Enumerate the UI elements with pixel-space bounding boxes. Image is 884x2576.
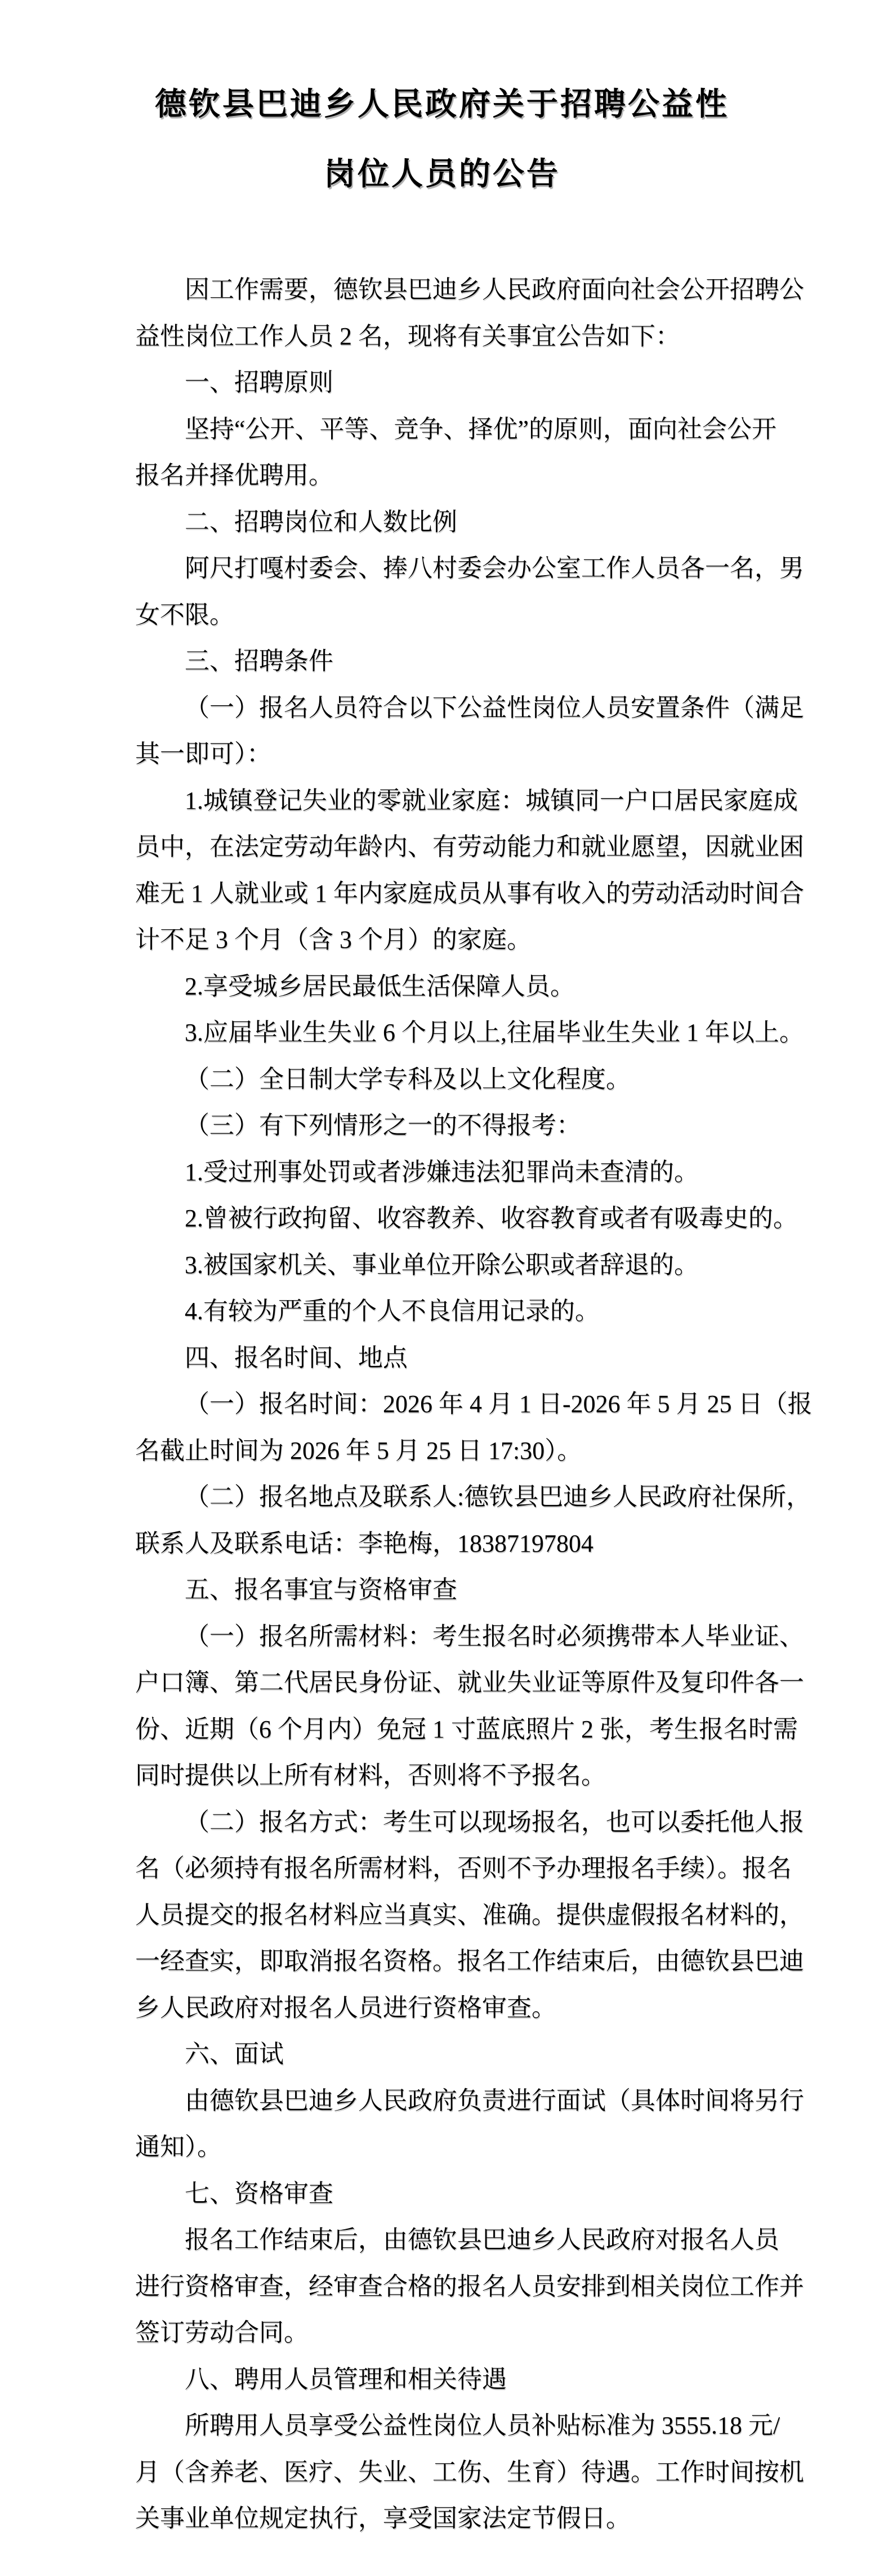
body-text-line: 益性岗位工作人员 2 名，现将有关事宜公告如下：	[135, 313, 777, 360]
body-text-line: （二）全日制大学专科及以上文化程度。	[135, 1056, 777, 1103]
body-text-line: 因工作需要，德钦县巴迪乡人民政府面向社会公开招聘公	[135, 267, 777, 313]
body-text-line: 名截止时间为 2026 年 5 月 25 日 17:30）。	[135, 1428, 777, 1475]
body-text-line: 进行资格审查，经审查合格的报名人员安排到相关岗位工作并	[135, 2264, 777, 2310]
body-text-line: 四、报名时间、地点	[135, 1335, 777, 1382]
body-text-line: 4.有较为严重的个人不良信用记录的。	[135, 1288, 777, 1335]
body-text-line: 二、招聘岗位和人数比例	[135, 499, 777, 546]
body-text-line: 户口簿、第二代居民身份证、就业失业证等原件及复印件各一	[135, 1660, 777, 1706]
body-text-line: 报名并择优聘用。	[135, 453, 777, 499]
body-text-line: 同时提供以上所有材料，否则将不予报名。	[135, 1753, 777, 1799]
body-text-line: 七、资格审查	[135, 2171, 777, 2217]
body-text-line: 阿尺打嘎村委会、捧八村委会办公室工作人员各一名，男	[135, 545, 777, 592]
body-text-line: 通知）。	[135, 2124, 777, 2171]
body-text-line: 所聘用人员享受公益性岗位人员补贴标准为 3555.18 元/	[135, 2403, 777, 2449]
body-text-line: 员中，在法定劳动年龄内、有劳动能力和就业愿望，因就业困	[135, 824, 777, 871]
body-text-line: 人员提交的报名材料应当真实、准确。提供虚假报名材料的，	[135, 1892, 777, 1939]
body-text-line: 2.享受城乡居民最低生活保障人员。	[135, 964, 777, 1010]
body-text-line: 报名工作结束后，由德钦县巴迪乡人民政府对报名人员	[135, 2217, 777, 2264]
body-text-line: （一）报名时间：2026 年 4 月 1 日-2026 年 5 月 25 日（报	[135, 1381, 777, 1428]
body-text-line: 乡人民政府对报名人员进行资格审查。	[135, 1985, 777, 2032]
body-text-line: 计不足 3 个月（含 3 个月）的家庭。	[135, 917, 777, 964]
body-text-line: 签订劳动合同。	[135, 2310, 777, 2357]
body-text-line: 六、面试	[135, 2031, 777, 2078]
body-text-line: 关事业单位规定执行，享受国家法定节假日。	[135, 2496, 777, 2542]
body-text-line: 难无 1 人就业或 1 年内家庭成员从事有收入的劳动活动时间合	[135, 871, 777, 917]
body-text-line: 名（必须持有报名所需材料，否则不予办理报名手续）。报名	[135, 1845, 777, 1892]
body-text-line: 2.曾被行政拘留、收容教养、收容教育或者有吸毒史的。	[135, 1195, 777, 1242]
body-text-line: 一、招聘原则	[135, 360, 777, 406]
document-title: 德钦县巴迪乡人民政府关于招聘公益性 岗位人员的公告	[0, 70, 884, 209]
body-text-line: （二）报名地点及联系人:德钦县巴迪乡人民政府社保所，	[135, 1474, 777, 1521]
body-text-line: 五、报名事宜与资格审查	[135, 1567, 777, 1614]
body-text-line: （二）报名方式：考生可以现场报名，也可以委托他人报	[135, 1799, 777, 1846]
body-text-line: 由德钦县巴迪乡人民政府负责进行面试（具体时间将另行	[135, 2078, 777, 2125]
body-text-line: 3.应届毕业生失业 6 个月以上,往届毕业生失业 1 年以上。	[135, 1010, 777, 1056]
body-text-line: 其一即可）：	[135, 731, 777, 778]
body-text-line: （三）有下列情形之一的不得报考：	[135, 1103, 777, 1149]
body-text-line: 份、近期（6 个月内）免冠 1 寸蓝底照片 2 张，考生报名时需	[135, 1706, 777, 1753]
body-text-line: 八、聘用人员管理和相关待遇	[135, 2357, 777, 2403]
body-text-line: 月（含养老、医疗、失业、工伤、生育）待遇。工作时间按机	[135, 2449, 777, 2496]
body-text-line: （一）报名所需材料：考生报名时必须携带本人毕业证、	[135, 1614, 777, 1660]
document-title-line-1: 德钦县巴迪乡人民政府关于招聘公益性	[0, 70, 884, 140]
document-title-line-2: 岗位人员的公告	[0, 140, 884, 209]
body-text-line: 坚持“公开、平等、竞争、择优”的原则，面向社会公开	[135, 406, 777, 453]
body-text-line: 三、招聘条件	[135, 638, 777, 685]
body-text-line: 一经查实，即取消报名资格。报名工作结束后，由德钦县巴迪	[135, 1938, 777, 1985]
body-text-line: 3.被国家机关、事业单位开除公职或者辞退的。	[135, 1242, 777, 1289]
body-text-line: 1.受过刑事处罚或者涉嫌违法犯罪尚未查清的。	[135, 1149, 777, 1196]
body-text-line: 1.城镇登记失业的零就业家庭：城镇同一户口居民家庭成	[135, 778, 777, 825]
document-body: 因工作需要，德钦县巴迪乡人民政府面向社会公开招聘公益性岗位工作人员 2 名，现将…	[135, 267, 777, 2542]
body-text-line: （一）报名人员符合以下公益性岗位人员安置条件（满足	[135, 685, 777, 732]
announcement-document: 德钦县巴迪乡人民政府关于招聘公益性 岗位人员的公告 因工作需要，德钦县巴迪乡人民…	[0, 0, 884, 2576]
body-text-line: 联系人及联系电话：李艳梅，18387197804	[135, 1521, 777, 1567]
body-text-line: 女不限。	[135, 592, 777, 639]
